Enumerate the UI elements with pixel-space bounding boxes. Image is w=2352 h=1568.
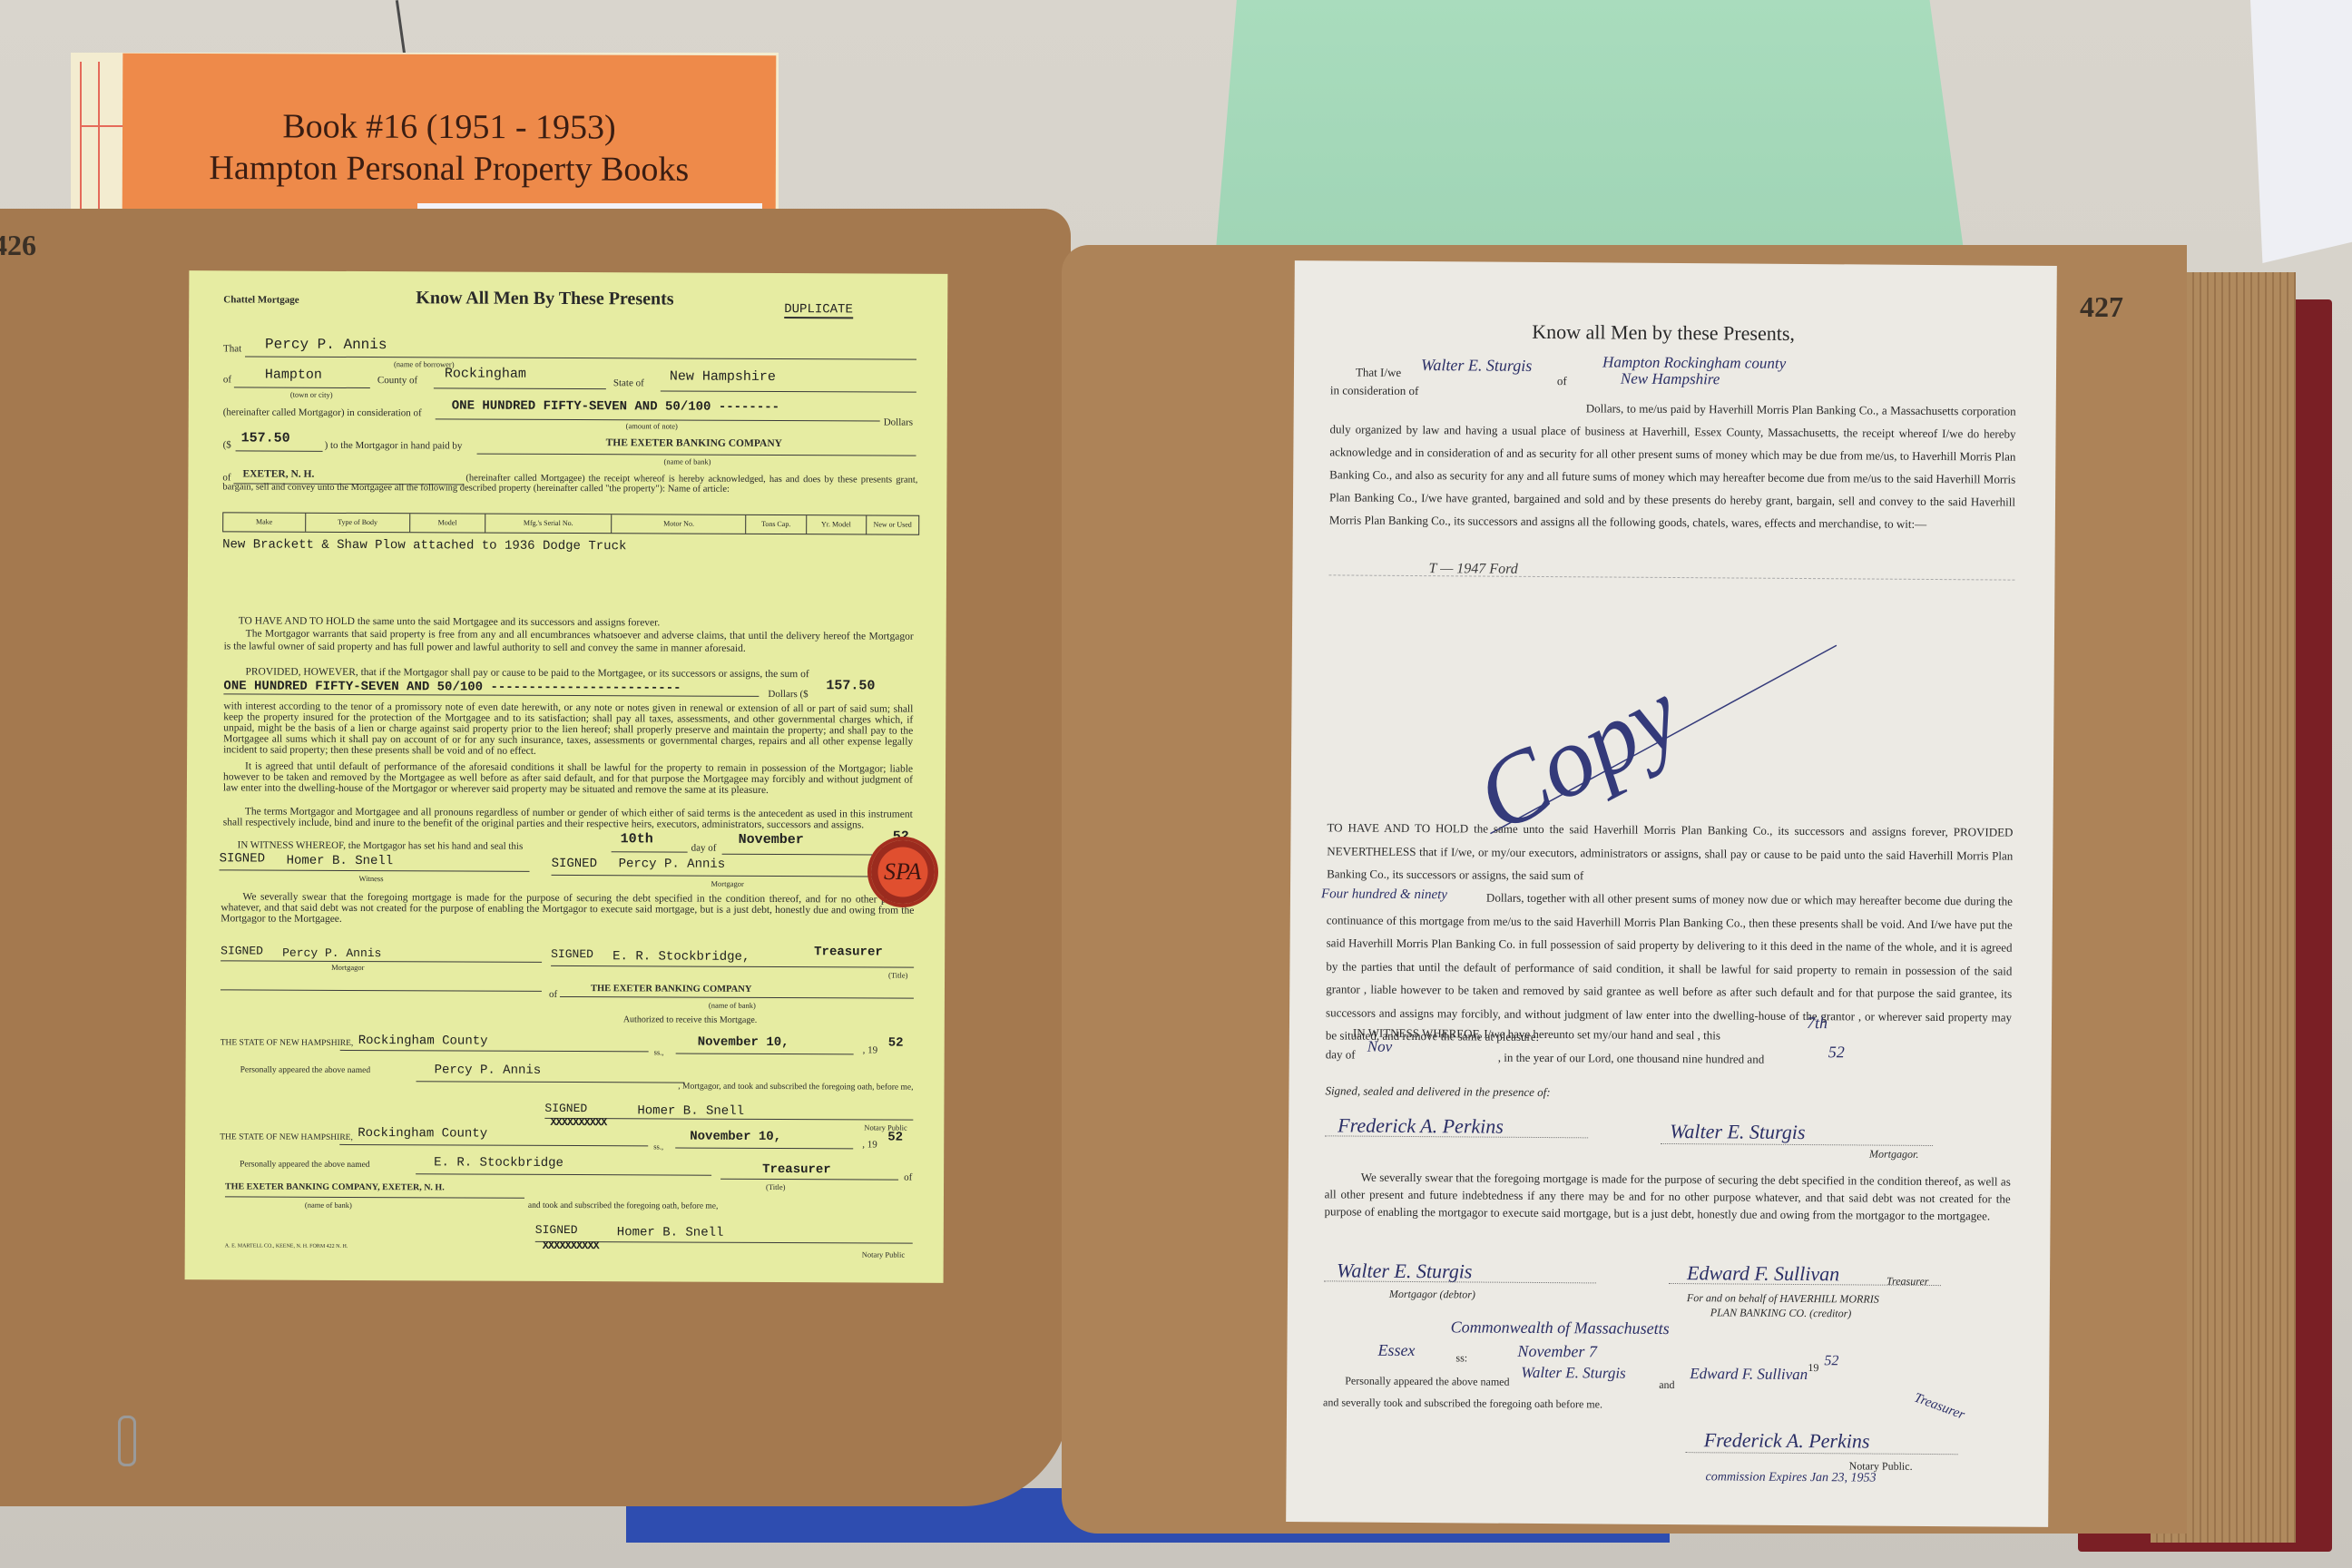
right-para-1: Dollars, to me/us paid by Haverhill Morr… [1329,395,2016,535]
notary-strike-2: XXXXXXXXXX [543,1240,599,1252]
oath-text: and severally took and subscribed the fo… [1323,1391,1602,1416]
wax-seal-icon: SPA [871,840,935,904]
appeared-label-1: Personally appeared the above named [240,1065,371,1075]
mortgagor-caption: Mortgagor [710,879,743,888]
ack2-bank: THE EXETER BANKING COMPANY, EXETER, N. H… [225,1181,445,1192]
witness-day: 10th [621,831,653,847]
creditor-title: Treasurer [1886,1270,1929,1293]
swear-paragraph: We severally swear that the foregoing mo… [220,891,914,926]
notary-signature: Frederick A. Perkins [1704,1428,1870,1453]
notary-name-2: Homer B. Snell [617,1225,724,1240]
white-paper-sheet [2250,0,2352,263]
county-handwritten: Essex [1377,1341,1415,1360]
commission-handwritten: commission Expires Jan 23, 1953 [1705,1470,1876,1485]
notary-name-1: Homer B. Snell [637,1103,744,1119]
book-label-title: Book #16 (1951 - 1953) [122,106,776,149]
state: New Hampshire [670,368,776,385]
right-hold-paragraph: TO HAVE AND TO HOLD the same unto the sa… [1327,816,2014,890]
signed-label-6: SIGNED [535,1223,578,1237]
sum-dollars-label: Dollars ($ [768,689,808,700]
ack-year-2: 52 [887,1131,903,1145]
mortgagor-caption-right: Mortgagor. [1869,1143,1919,1166]
title-caption-2: (Title) [766,1182,785,1191]
paper-clip-icon [118,1416,136,1466]
sum-amount: 157.50 [826,678,875,693]
property-table-header-cell: New or Used [867,515,918,534]
location-handwritten-2: New Hampshire [1621,370,1720,389]
appeared-name2-handwritten: Edward F. Sullivan [1690,1365,1808,1384]
state-heading-2: THE STATE OF NEW HAMPSHIRE, [220,1132,353,1142]
form-title-right: Know all Men by these Presents, [1532,320,1795,346]
that-label: That [223,343,241,354]
appeared-name-1: Percy P. Annis [435,1063,542,1078]
copy-strikeline [1472,633,1855,845]
property-table-header-cell: Type of Body [306,514,410,533]
year-prefix-2: , 19 [863,1044,878,1055]
amount-figure: 157.50 [241,430,290,446]
agreed-paragraph: It is agreed that until default of perfo… [223,760,913,796]
appeared-name-2: E. R. Stockbridge [434,1155,563,1171]
state-heading-1: THE STATE OF NEW HAMPSHIRE, [220,1038,354,1048]
form-title: Know All Men By These Presents [416,288,673,309]
ss-label-1: ss., [654,1047,664,1056]
terms-paragraph: The terms Mortgagor and Mortgagee and al… [223,806,913,830]
paid-by-label: ) to the Mortgagor in hand paid by [325,440,463,452]
appeared-title-handwritten: Treasurer [1912,1390,1966,1423]
amount-prefix: ($ [223,439,231,450]
day-of-label-right: day of [1326,1043,1356,1065]
state-label: State of [613,377,644,388]
county: Rockingham [445,366,526,381]
ack-date-1: November 10, [698,1035,789,1050]
authorized-text: Authorized to receive this Mortgage. [623,1014,757,1025]
debtor-caption: Mortgagor (debtor) [1389,1283,1475,1307]
witness-month: November [739,832,804,848]
town-caption: (town or city) [290,390,333,399]
amount-caption: (amount of note) [626,421,678,430]
bank-caption-2: (name of bank) [709,1001,756,1010]
amount-words: ONE HUNDRED FIFTY-SEVEN AND 50/100 -----… [452,398,779,415]
duplicate-stamp: DUPLICATE [784,302,853,318]
town: Hampton [265,367,322,383]
witness-name: Homer B. Snell [287,854,394,869]
treasurer-title: Treasurer [814,945,883,959]
right-witness-text: IN WITNESS WHEREOF, I/we have hereunto s… [1353,1022,1720,1047]
green-paper-sheet [1214,0,1967,277]
ss-label-right: ss: [1455,1347,1467,1369]
seal-monogram: SPA [884,858,921,886]
warrant-paragraph: The Mortgagor warrants that said propert… [224,628,914,655]
signed-label-3: SIGNED [220,944,263,957]
appeared-name1-handwritten: Walter E. Sturgis [1521,1364,1626,1383]
of-label: of [223,374,231,385]
property-table-header-cell: Tons Cap. [746,515,806,534]
form-type: Chattel Mortgage [223,294,299,305]
witness-signature: Frederick A. Perkins [1338,1113,1504,1138]
and-label: and [1659,1374,1675,1396]
consideration-label: (hereinafter called Mortgagor) in consid… [223,407,422,418]
signed-label-2: SIGNED [552,857,597,871]
bank-name-2: THE EXETER BANKING COMPANY [591,984,751,995]
notary-caption-2: Notary Public [862,1249,905,1259]
witness-month-handwritten: Nov [1367,1038,1393,1056]
signed-presence: Signed, sealed and delivered in the pres… [1325,1079,1550,1103]
goods-handwritten: T — 1947 Ford [1428,561,1517,578]
ack-year-handwritten: 52 [1824,1353,1838,1369]
property-table-header: MakeType of BodyModelMfg.'s Serial No.Mo… [222,512,919,534]
year-prefix-3: , 19 [862,1139,877,1150]
appeared-title-2: Treasurer [762,1162,831,1177]
right-swear-paragraph: We severally swear that the foregoing mo… [1324,1168,2010,1224]
ack-date-handwritten: November 7 [1517,1342,1597,1362]
oath-mortgagor-caption: Mortgagor [331,963,364,972]
receipt-text: (hereinafter called Mortgagee) the recei… [222,472,917,495]
county-label: County of [377,375,417,386]
property-table-header-cell: Make [223,513,306,531]
appeared-label-2: Personally appeared the above named [240,1160,370,1170]
signed-label-4: SIGNED [551,947,593,961]
title-caption: (Title) [888,971,907,980]
appeared-label-right: Personally appeared the above named [1345,1370,1509,1394]
property-table-header-cell: Yr. Model [807,515,867,534]
witness-caption: Witness [358,874,383,883]
ack-county-2: Rockingham County [358,1126,487,1142]
ss-label-2: ss., [653,1142,663,1151]
of-word-2: of [904,1172,912,1183]
treasurer-name: E. R. Stockbridge, [612,949,750,965]
property-table-header-cell: Model [410,514,485,532]
appeared-tail-1: , Mortgagor, and took and subscribed the… [220,1080,913,1092]
witness-year-handwritten: 52 [1828,1043,1845,1062]
book-label-subtitle: Hampton Personal Property Books [122,148,776,191]
bank-name: THE EXETER BANKING COMPANY [606,437,782,449]
notary-strike-1: XXXXXXXXXX [550,1116,606,1129]
oath-mortgagor: Percy P. Annis [282,946,381,960]
printer-imprint: A. E. MARTELL CO., KEENE, N. H. FORM 422… [225,1243,348,1249]
property-table-header-cell: Motor No. [612,514,747,534]
of-label-right: of [1557,369,1567,392]
of-word: of [549,989,557,1000]
signed-label-1: SIGNED [220,851,265,866]
signed-label-5: SIGNED [544,1102,587,1115]
ack-year-prefix: 19 [1808,1357,1818,1379]
witness-day-handwritten: 7th [1807,1014,1828,1033]
witness-text: IN WITNESS WHEREOF, the Mortgagor has se… [238,839,524,851]
creditor-caption-2: PLAN BANKING CO. (creditor) [1710,1301,1852,1325]
ack-county-1: Rockingham County [358,1034,488,1049]
page-number-left: 426 [0,229,36,262]
mortgagor-signature: Walter E. Sturgis [1670,1120,1806,1144]
bank-caption: (name of bank) [663,456,710,465]
page-number-right: 427 [2080,290,2123,324]
debtor-signature: Walter E. Sturgis [1337,1259,1473,1283]
creditor-signature: Edward F. Sullivan [1687,1261,1839,1286]
day-of-label: day of [691,843,717,854]
ack-year-1: 52 [888,1036,904,1051]
book-label: Book #16 (1951 - 1953) Hampton Personal … [122,54,777,220]
ack-date-2: November 10, [690,1130,781,1144]
property-description: New Brackett & Shaw Plow attached to 193… [222,537,626,554]
borrower-name: Percy P. Annis [265,337,387,354]
interest-paragraph: with interest according to the tenor of … [223,701,913,758]
commonwealth-handwritten: Commonwealth of Massachusetts [1451,1318,1670,1338]
year-text: , in the year of our Lord, one thousand … [1498,1046,1765,1071]
bank-caption-3: (name of bank) [305,1200,352,1210]
chattel-mortgage-form: Chattel Mortgage Know All Men By These P… [185,270,948,1283]
ack2-tail: and took and subscribed the foregoing oa… [528,1201,719,1211]
mortgagor-name: Percy P. Annis [619,857,726,872]
property-table-header-cell: Mfg.'s Serial No. [485,514,612,534]
dollars-label: Dollars [884,417,913,428]
haverhill-mortgage-form: Know all Men by these Presents, That I/w… [1286,260,2057,1527]
mortgagor-handwritten: Walter E. Sturgis [1421,356,1532,376]
